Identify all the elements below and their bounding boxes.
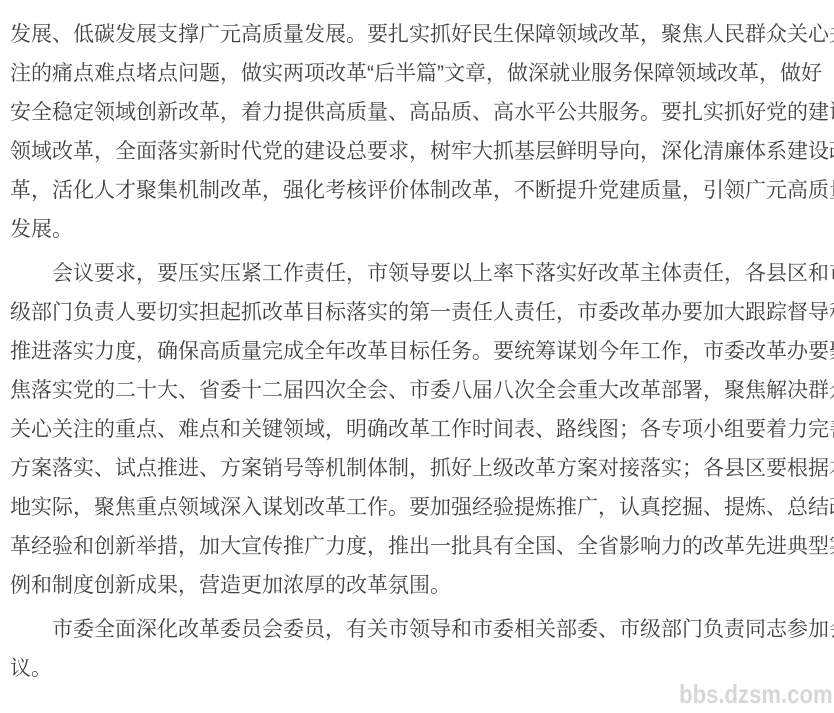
text-line: 市委全面深化改革委员会委员，有关市领导和市委相关部委、市级部门负责同志参加会 (10, 610, 825, 649)
text-line: 安全稳定领域创新改革，着力提供高质量、高品质、高水平公共服务。要扎实抓好党的建设 (10, 93, 825, 132)
text-line: 焦落实党的二十大、省委十二届四次全会、市委八届八次全会重大改革部署，聚焦解决群众 (10, 371, 825, 410)
text-line: 革经验和创新举措，加大宣传推广力度，推出一批具有全国、全省影响力的改革先进典型案 (10, 527, 825, 566)
text-line: 推进落实力度，确保高质量完成全年改革目标任务。要统筹谋划今年工作，市委改革办要聚 (10, 332, 825, 371)
paragraph: 发展、低碳发展支撑广元高质量发展。要扎实抓好民生保障领域改革，聚焦人民群众关心关… (10, 15, 825, 249)
text-line: 关心关注的重点、难点和关键领域，明确改革工作时间表、路线图；各专项小组要着力完善 (10, 410, 825, 449)
text-line: 地实际，聚焦重点领域深入谋划改革工作。要加强经验提炼推广，认真挖掘、提炼、总结改 (10, 488, 825, 527)
paragraph: 市委全面深化改革委员会委员，有关市领导和市委相关部委、市级部门负责同志参加会议。 (10, 610, 825, 688)
watermark: bbs.dzsm.com (679, 679, 833, 710)
text-line: 方案落实、试点推进、方案销号等机制体制，抓好上级改革方案对接落实；各县区要根据本 (10, 449, 825, 488)
text-line: 会议要求，要压实压紧工作责任，市领导要以上率下落实好改革主体责任，各县区和市 (10, 254, 825, 293)
text-line: 级部门负责人要切实担起抓改革目标落实的第一责任人责任，市委改革办要加大跟踪督导和 (10, 293, 825, 332)
text-line: 发展。 (10, 210, 825, 249)
text-line: 注的痛点难点堵点问题，做实两项改革“后半篇”文章，做深就业服务保障领域改革，做好 (10, 54, 825, 93)
paragraph: 会议要求，要压实压紧工作责任，市领导要以上率下落实好改革主体责任，各县区和市级部… (10, 254, 825, 605)
document-page: 发展、低碳发展支撑广元高质量发展。要扎实抓好民生保障领域改革，聚焦人民群众关心关… (0, 0, 834, 713)
text-line: 例和制度创新成果，营造更加浓厚的改革氛围。 (10, 566, 825, 605)
document-body: 发展、低碳发展支撑广元高质量发展。要扎实抓好民生保障领域改革，聚焦人民群众关心关… (0, 0, 834, 688)
text-line: 领域改革，全面落实新时代党的建设总要求，树牢大抓基层鲜明导向，深化清廉体系建设改 (10, 132, 825, 171)
text-line: 发展、低碳发展支撑广元高质量发展。要扎实抓好民生保障领域改革，聚焦人民群众关心关 (10, 15, 825, 54)
text-line: 革，活化人才聚集机制改革，强化考核评价体制改革，不断提升党建质量，引领广元高质量 (10, 171, 825, 210)
